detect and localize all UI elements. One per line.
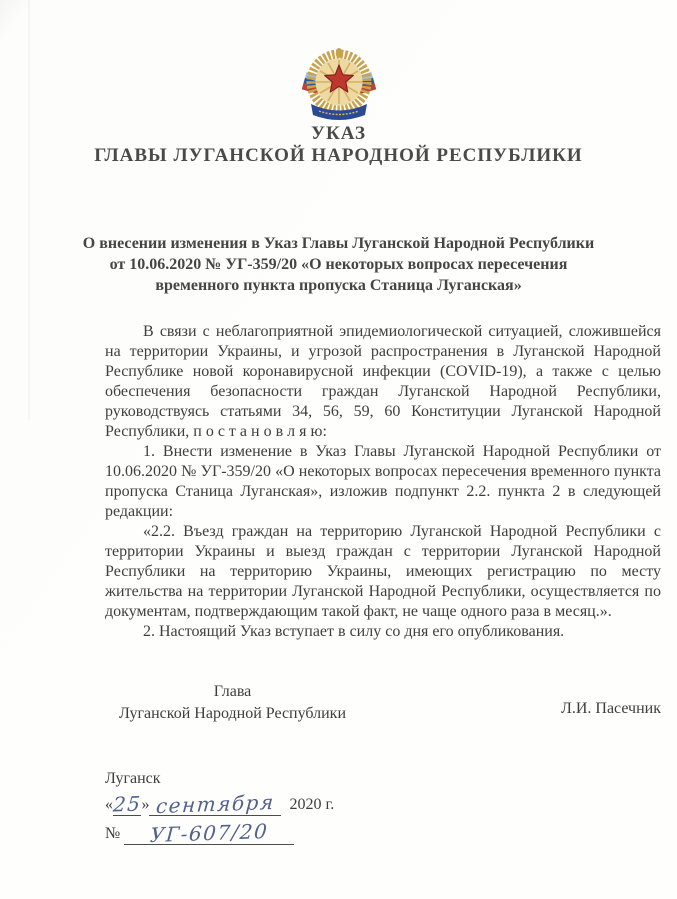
- subject-line2: от 10.06.2020 № УГ-359/20 «О некоторых в…: [70, 254, 607, 275]
- decree-document-page: УКАЗ ГЛАВЫ ЛУГАНСКОЙ НАРОДНОЙ РЕСПУБЛИКИ…: [0, 0, 677, 899]
- issue-city: Луганск: [105, 769, 525, 789]
- date-close-quote: »: [141, 796, 149, 813]
- date-day-underline: 25: [113, 792, 141, 816]
- date-month-underline: сентября: [149, 792, 281, 816]
- body-paragraph-subitem-2-2: «2.2. Въезд граждан на территорию Луганс…: [105, 522, 661, 622]
- document-title-line2: ГЛАВЫ ЛУГАНСКОЙ НАРОДНОЙ РЕСПУБЛИКИ: [0, 145, 677, 167]
- date-year: 2020 г.: [281, 796, 334, 813]
- issue-details: Луганск «25»сентября2020 г. № УГ-607/20: [105, 769, 525, 850]
- coat-of-arms-lpr-icon: [302, 46, 376, 129]
- subject-line1: О внесении изменения в Указ Главы Луганс…: [70, 233, 607, 254]
- handwritten-month: сентября: [156, 792, 276, 816]
- signatory-post: Глава Луганской Народной Республики: [105, 681, 360, 725]
- number-underline: УГ-607/20: [124, 821, 294, 845]
- document-title-line1: УКАЗ: [0, 123, 677, 145]
- issue-date-line: «25»сентября2020 г.: [105, 792, 525, 816]
- body-paragraph-item1: 1. Внести изменение в Указ Главы Луганск…: [105, 442, 661, 522]
- issue-number-line: № УГ-607/20: [105, 821, 525, 845]
- scan-fold-artifact: [28, 0, 30, 420]
- handwritten-number: УГ-607/20: [149, 821, 269, 845]
- signatory-name: Л.И. Пасечник: [561, 681, 661, 720]
- signatory-post-line2: Луганской Народной Республики: [105, 703, 360, 725]
- number-label: №: [105, 825, 120, 842]
- document-title: УКАЗ ГЛАВЫ ЛУГАНСКОЙ НАРОДНОЙ РЕСПУБЛИКИ: [0, 123, 677, 167]
- decree-body: В связи с неблагоприятной эпидемиологиче…: [105, 322, 661, 642]
- handwritten-day: 25: [112, 793, 142, 814]
- body-paragraph-item2: 2. Настоящий Указ вступает в силу со дня…: [105, 622, 661, 642]
- subject-line3: временного пункта пропуска Станица Луган…: [70, 275, 607, 296]
- body-paragraph-preamble: В связи с неблагоприятной эпидемиологиче…: [105, 322, 661, 442]
- signature-block: Глава Луганской Народной Республики Л.И.…: [105, 681, 661, 725]
- decree-subject-heading: О внесении изменения в Указ Главы Луганс…: [70, 233, 607, 296]
- signatory-post-line1: Глава: [105, 681, 360, 703]
